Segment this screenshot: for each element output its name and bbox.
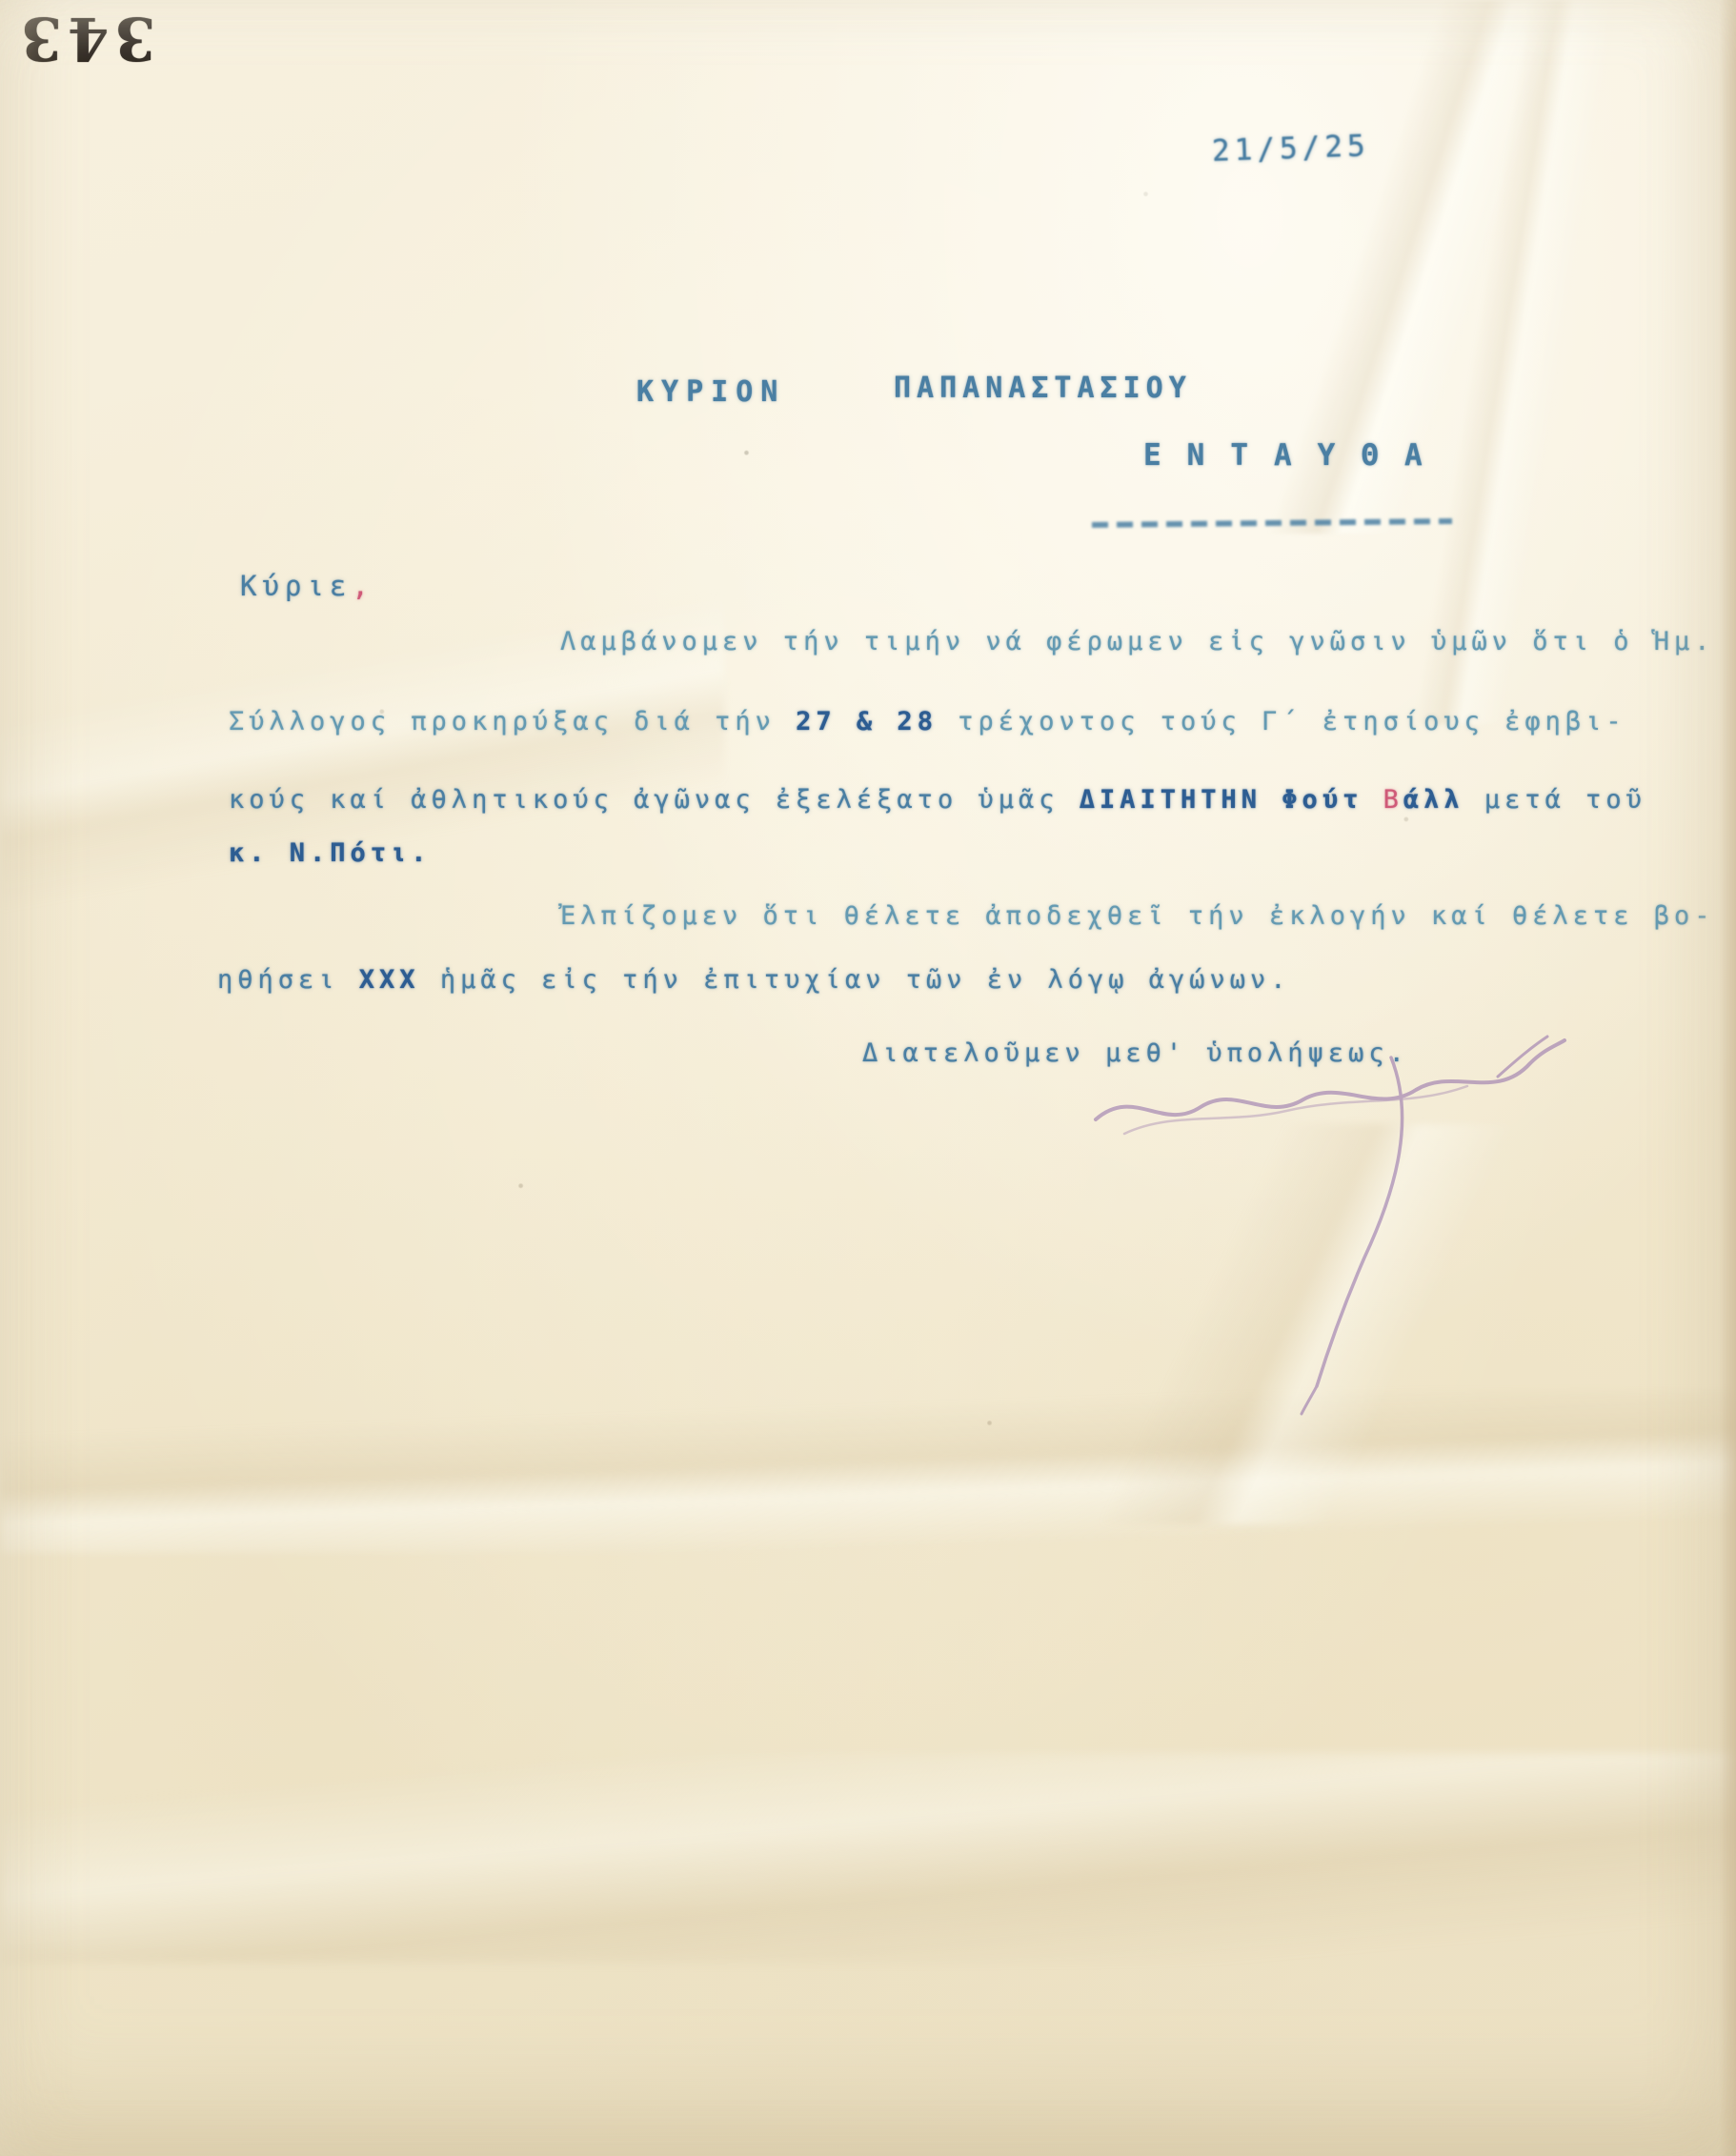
scanned-letter-page: 343 21/5/25 ΚΥΡΙΟΝ ΠΑΠΑΝΑΣΤΑΣΙΟΥ ΕΝΤΑΥΘΑ… xyxy=(0,0,1736,2156)
body-text: Σύλλογος προκηρύξας διά τήν xyxy=(229,707,796,736)
addressee-name: ΠΑΠΑΝΑΣΤΑΣΙΟΥ xyxy=(894,372,1192,405)
paper-crease xyxy=(0,1753,1736,1963)
salutation-comma: , xyxy=(352,570,373,602)
co-referee-name: κ. Ν.Πότι. xyxy=(229,838,432,868)
referee-word: ΔΙΑΙΤΗΤΗΝ xyxy=(1080,785,1262,815)
letter-date: 21/5/25 xyxy=(1211,129,1370,169)
paper-crease xyxy=(0,1391,1736,1553)
salutation: Κύριε, xyxy=(240,570,374,602)
body-line: κούς καί ἀθλητικούς ἀγῶνας ἐξελέξατο ὑμᾶ… xyxy=(229,785,1646,815)
body-text: ηθήσει xyxy=(217,965,359,995)
sport-word: άλλ xyxy=(1403,785,1464,815)
body-line: Σύλλογος προκηρύξας διά τήν 27 & 28 τρέχ… xyxy=(229,707,1626,736)
event-dates: 27 & 28 xyxy=(796,707,938,736)
archive-number-stamp: 343 xyxy=(15,4,155,73)
sport-word: Φούτ xyxy=(1262,785,1383,815)
body-line: ηθήσει ΧΧΧ ἡμᾶς εἰς τήν ἐπιτυχίαν τῶν ἐν… xyxy=(217,965,1291,995)
dashed-underline xyxy=(1092,518,1452,528)
body-text: κούς καί ἀθλητικούς ἀγῶνας ἐξελέξατο ὑμᾶ… xyxy=(229,785,1080,815)
salutation-word: Κύριε xyxy=(240,570,352,602)
addressee-honorific: ΚΥΡΙΟΝ xyxy=(636,375,785,409)
closing-formula: Διατελοῦμεν μεθ' ὑπολήψεως. xyxy=(862,1038,1409,1068)
handwritten-signature xyxy=(1067,1019,1601,1420)
page-edge-shadow xyxy=(1719,0,1736,2156)
body-text: ἡμᾶς εἰς τήν ἐπιτυχίαν τῶν ἐν λόγῳ ἀγώνω… xyxy=(420,965,1291,995)
body-text: τρέχοντος τούς Γ΄ ἐτησίους ἐφηβι- xyxy=(938,707,1626,736)
addressee-location: ΕΝΤΑΥΘΑ xyxy=(1143,438,1448,473)
body-line: Λαμβάνομεν τήν τιμήν νά φέρωμεν εἰς γνῶσ… xyxy=(560,627,1715,656)
sport-word-red-letter: Β xyxy=(1383,785,1403,815)
body-text: μετά τοῦ xyxy=(1464,785,1646,815)
paper-crease xyxy=(858,1124,1736,1524)
body-line: Ἐλπίζομεν ὅτι θέλετε ἀποδεχθεῖ τήν ἐκλογ… xyxy=(560,901,1715,931)
paper-crease xyxy=(1258,0,1736,724)
struck-out-word: ΧΧΧ xyxy=(359,965,420,995)
